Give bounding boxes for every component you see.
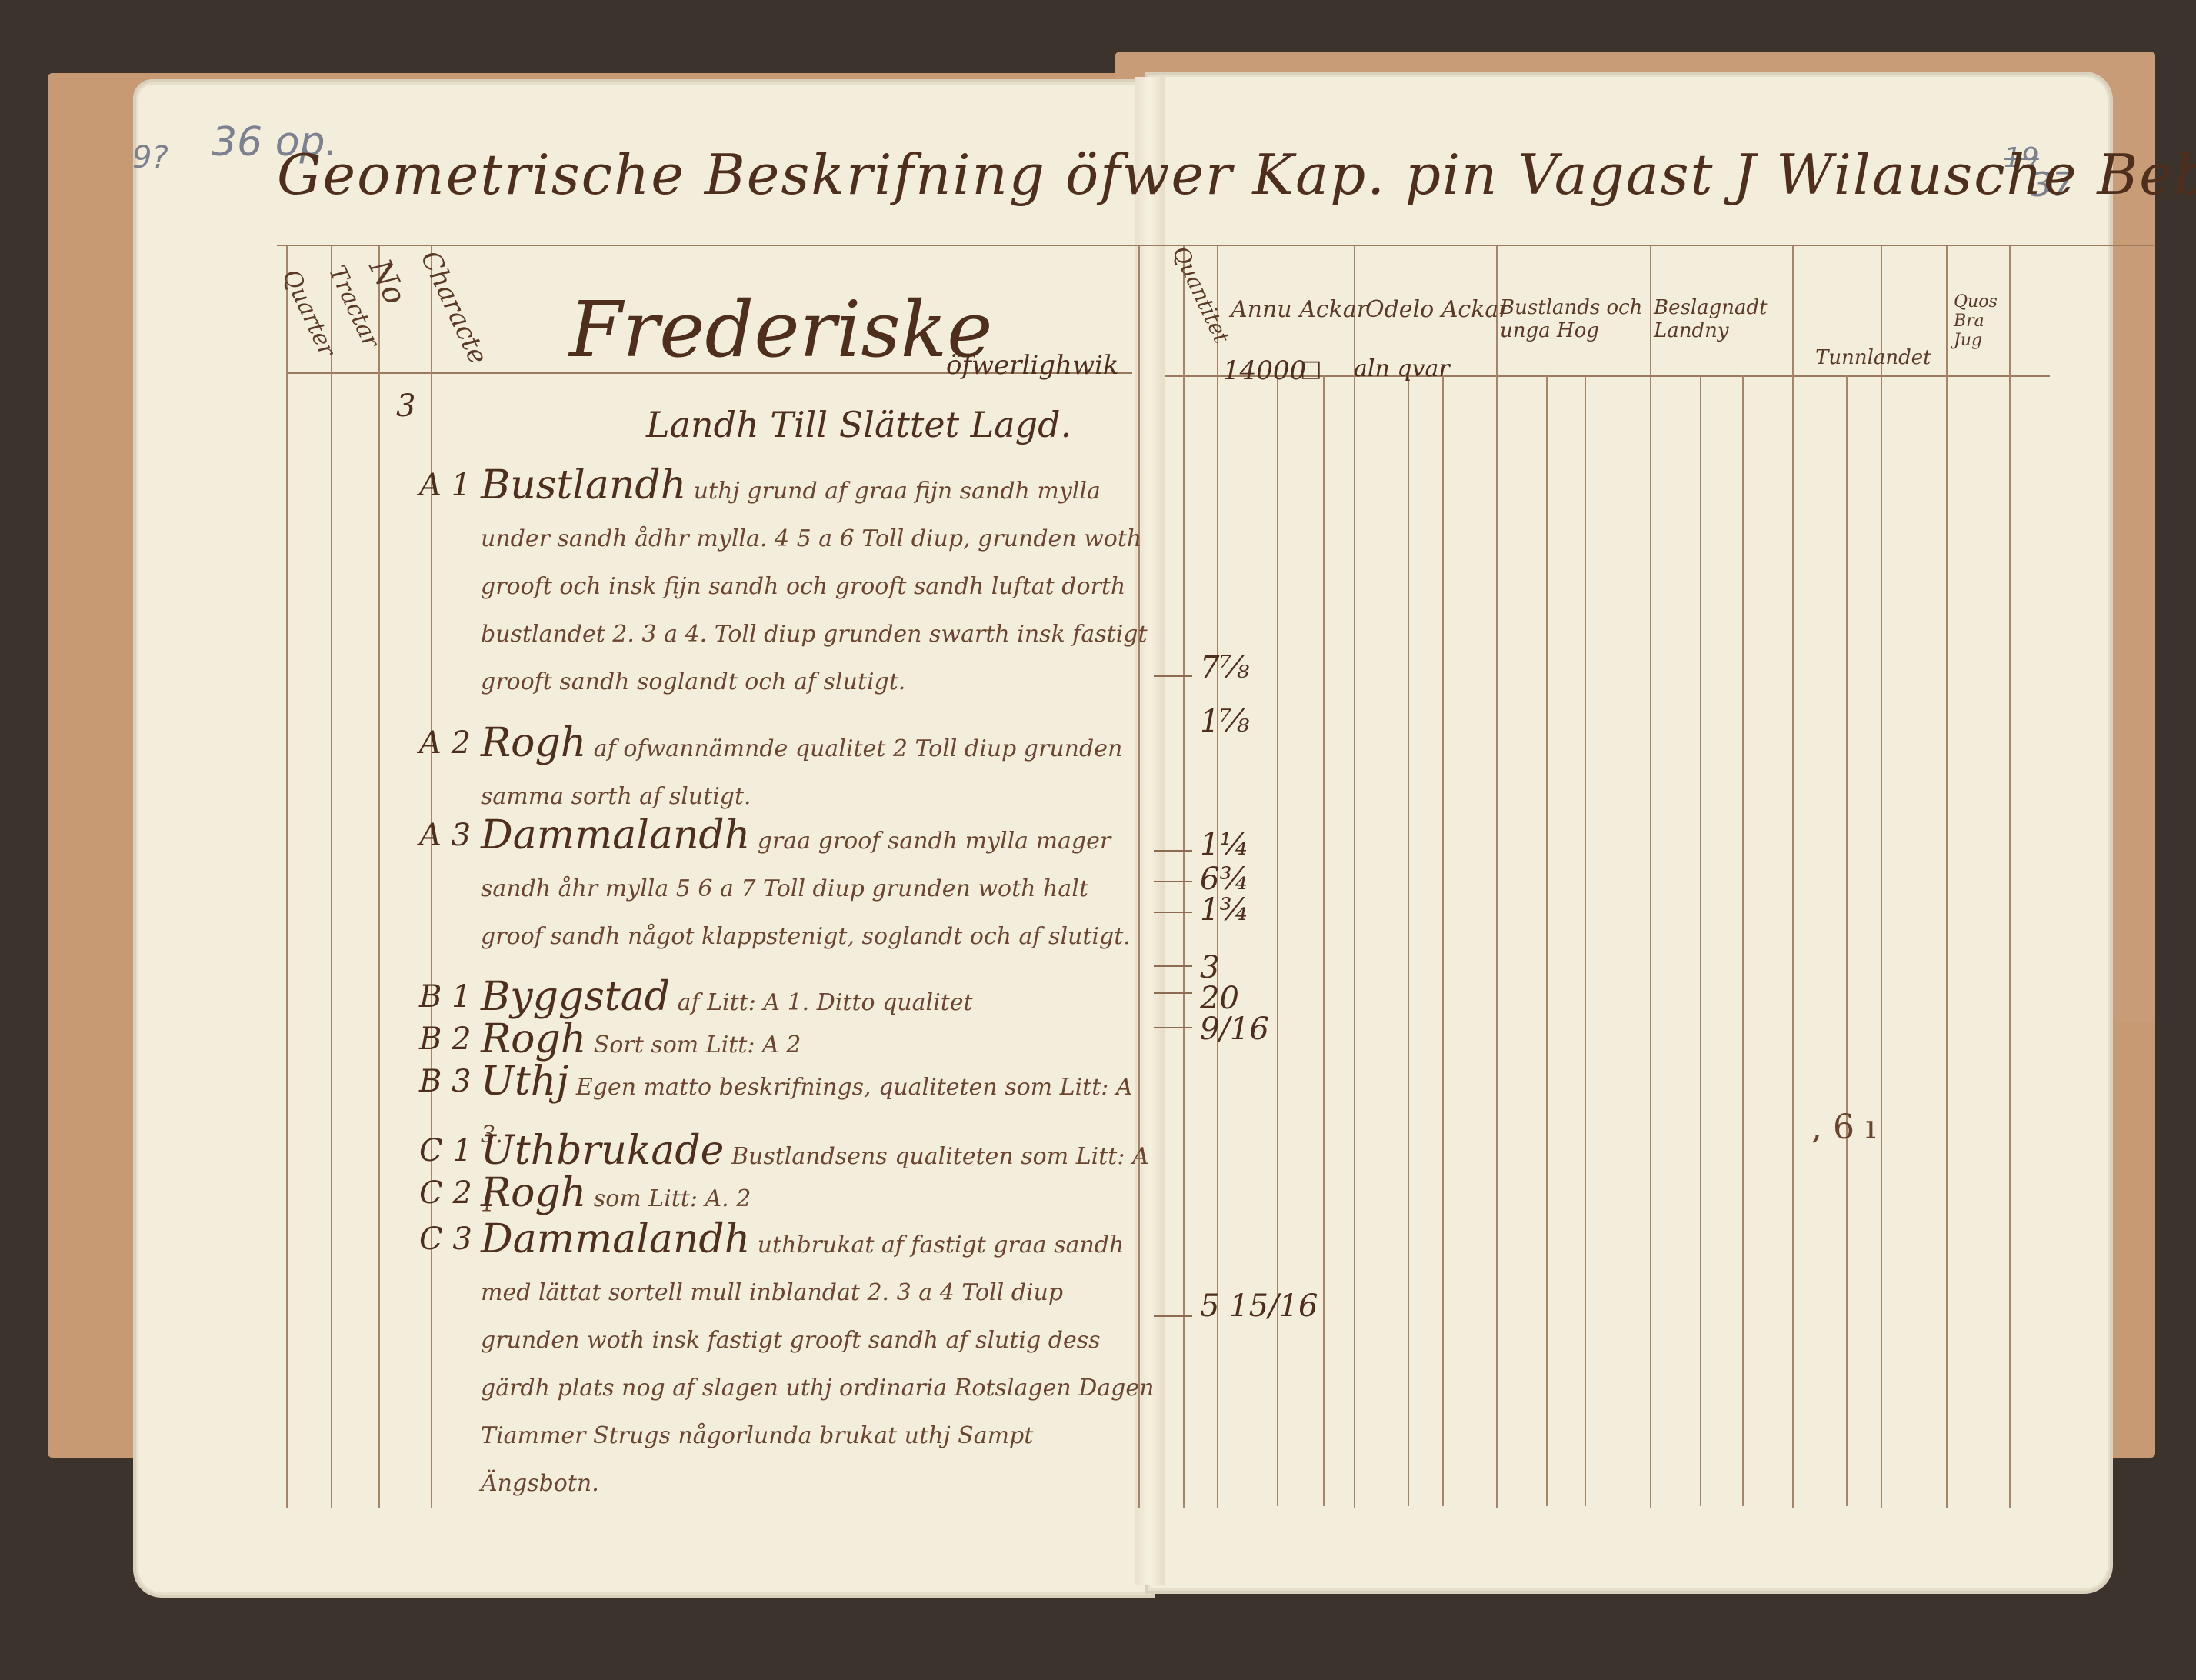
row-dash (1154, 675, 1192, 677)
entry-lead: Dammalandh (481, 1216, 750, 1262)
left-col-rule (331, 246, 332, 1508)
entry-lead: Rogh (481, 720, 586, 766)
row-dash (1154, 965, 1192, 967)
pencil-mark-left-margin: 9? (132, 140, 168, 175)
entry-text: uthj grund af graa fijn sandh mylla unde… (481, 478, 1148, 695)
col-header-bustlands: Bustlands och unga Hog (1500, 296, 1646, 342)
right-col-rule (1846, 375, 1848, 1506)
entry-code: A 2 (419, 719, 471, 767)
page-title: Geometrische Beskrifning öfwer Kap. pin … (277, 142, 2046, 207)
section-subheading: öfwerlighwik (946, 350, 1119, 381)
section-heading: Frederiske (569, 285, 992, 375)
row-number: 3 (396, 388, 415, 424)
right-col-rule (1700, 375, 1701, 1506)
value-a2: 1⅞ (1200, 704, 1249, 739)
area-unit: aln qvar (1354, 355, 1450, 382)
right-col-rule (1408, 375, 1409, 1506)
entry-lead: Uthbrukade (481, 1128, 724, 1174)
entry-c3: C 3 Dammalandh uthbrukat af fastigt graa… (419, 1215, 1158, 1508)
entry-lead: Rogh (481, 1016, 586, 1062)
entry-a2: A 2 Rogh af ofwannämnde qualitet 2 Toll … (419, 719, 1158, 821)
left-col-rule (286, 246, 288, 1508)
area-value: 14000 (1223, 355, 1306, 386)
row-dash (1154, 1315, 1192, 1317)
right-col-rule (1496, 246, 1498, 1508)
row-dash (1154, 1027, 1192, 1028)
entry-code: C 1 (419, 1127, 472, 1175)
entry-code: C 2 (419, 1169, 472, 1217)
entry-a3: A 3 Dammalandh graa groof sandh mylla ma… (419, 812, 1158, 961)
entry-lead: Rogh (481, 1170, 586, 1216)
entry-code: A 3 (419, 812, 471, 859)
right-col-rule (1946, 246, 1948, 1508)
row-dash (1154, 992, 1192, 994)
value-b2: 1¾ (1200, 892, 1249, 928)
right-col-rule (1183, 246, 1185, 1508)
right-col-rule (1442, 375, 1444, 1506)
entry-lead: Dammalandh (481, 812, 750, 858)
right-col-rule (1354, 246, 1355, 1508)
entry-lead: Byggstad (481, 974, 670, 1020)
right-col-rule (1546, 375, 1548, 1506)
value-a1: 7⅞ (1200, 650, 1249, 685)
value-c3: 5 15/16 (1200, 1288, 1318, 1324)
entry-code: C 3 (419, 1215, 472, 1263)
section-subline: Landh Till Slättet Lagd. (646, 404, 1071, 445)
col-header-annu-ackar: Annu Ackar (1231, 296, 1368, 323)
left-col-rule (378, 246, 380, 1508)
row-dash (1154, 912, 1192, 913)
area-square-symbol: □ (1300, 355, 1321, 382)
entry-lead: Bustlandh (481, 462, 686, 508)
col-header-beslagnadt: Beslagnadt Landny (1654, 296, 1784, 342)
row-dash (1154, 850, 1192, 852)
right-col-rule (1881, 246, 1882, 1508)
header-top-rule (277, 245, 2154, 246)
entry-text: uthbrukat af fastigt graa sandh med lätt… (481, 1232, 1154, 1497)
col-header-odelo-ackar: Odelo Ackar (1365, 296, 1510, 323)
entry-code: B 1 (419, 973, 472, 1021)
right-col-rule (1742, 375, 1744, 1506)
value-a3: 1¼ (1200, 827, 1249, 862)
right-col-rule (1585, 375, 1586, 1506)
right-col-rule (1792, 246, 1794, 1508)
col-header-quos: Quos Bra Jug (1954, 292, 2008, 350)
entry-code: B 3 (419, 1058, 472, 1105)
entry-text: som Litt: A. 2 (594, 1185, 751, 1212)
right-col-rule (2009, 246, 2011, 1508)
entry-lead: Uthj (481, 1058, 568, 1105)
entry-code: B 2 (419, 1015, 472, 1063)
col-header-tunnland: Tunnlandet (1815, 346, 1931, 369)
row-dash (1154, 881, 1192, 882)
entry-code: A 1 (419, 462, 471, 509)
value-c2: 9/16 (1200, 1012, 1269, 1047)
entry-a1: A 1 Bustlandh uthj grund af graa fijn sa… (419, 462, 1158, 706)
right-col-rule (1277, 375, 1278, 1506)
entry-text: af Litt: A 1. Ditto qualitet (678, 989, 973, 1016)
entry-text: Sort som Litt: A 2 (594, 1032, 801, 1058)
stray-ink-marks: , 6 ı (1811, 1108, 1876, 1147)
right-col-rule (1323, 375, 1325, 1506)
right-col-rule (1650, 246, 1651, 1508)
